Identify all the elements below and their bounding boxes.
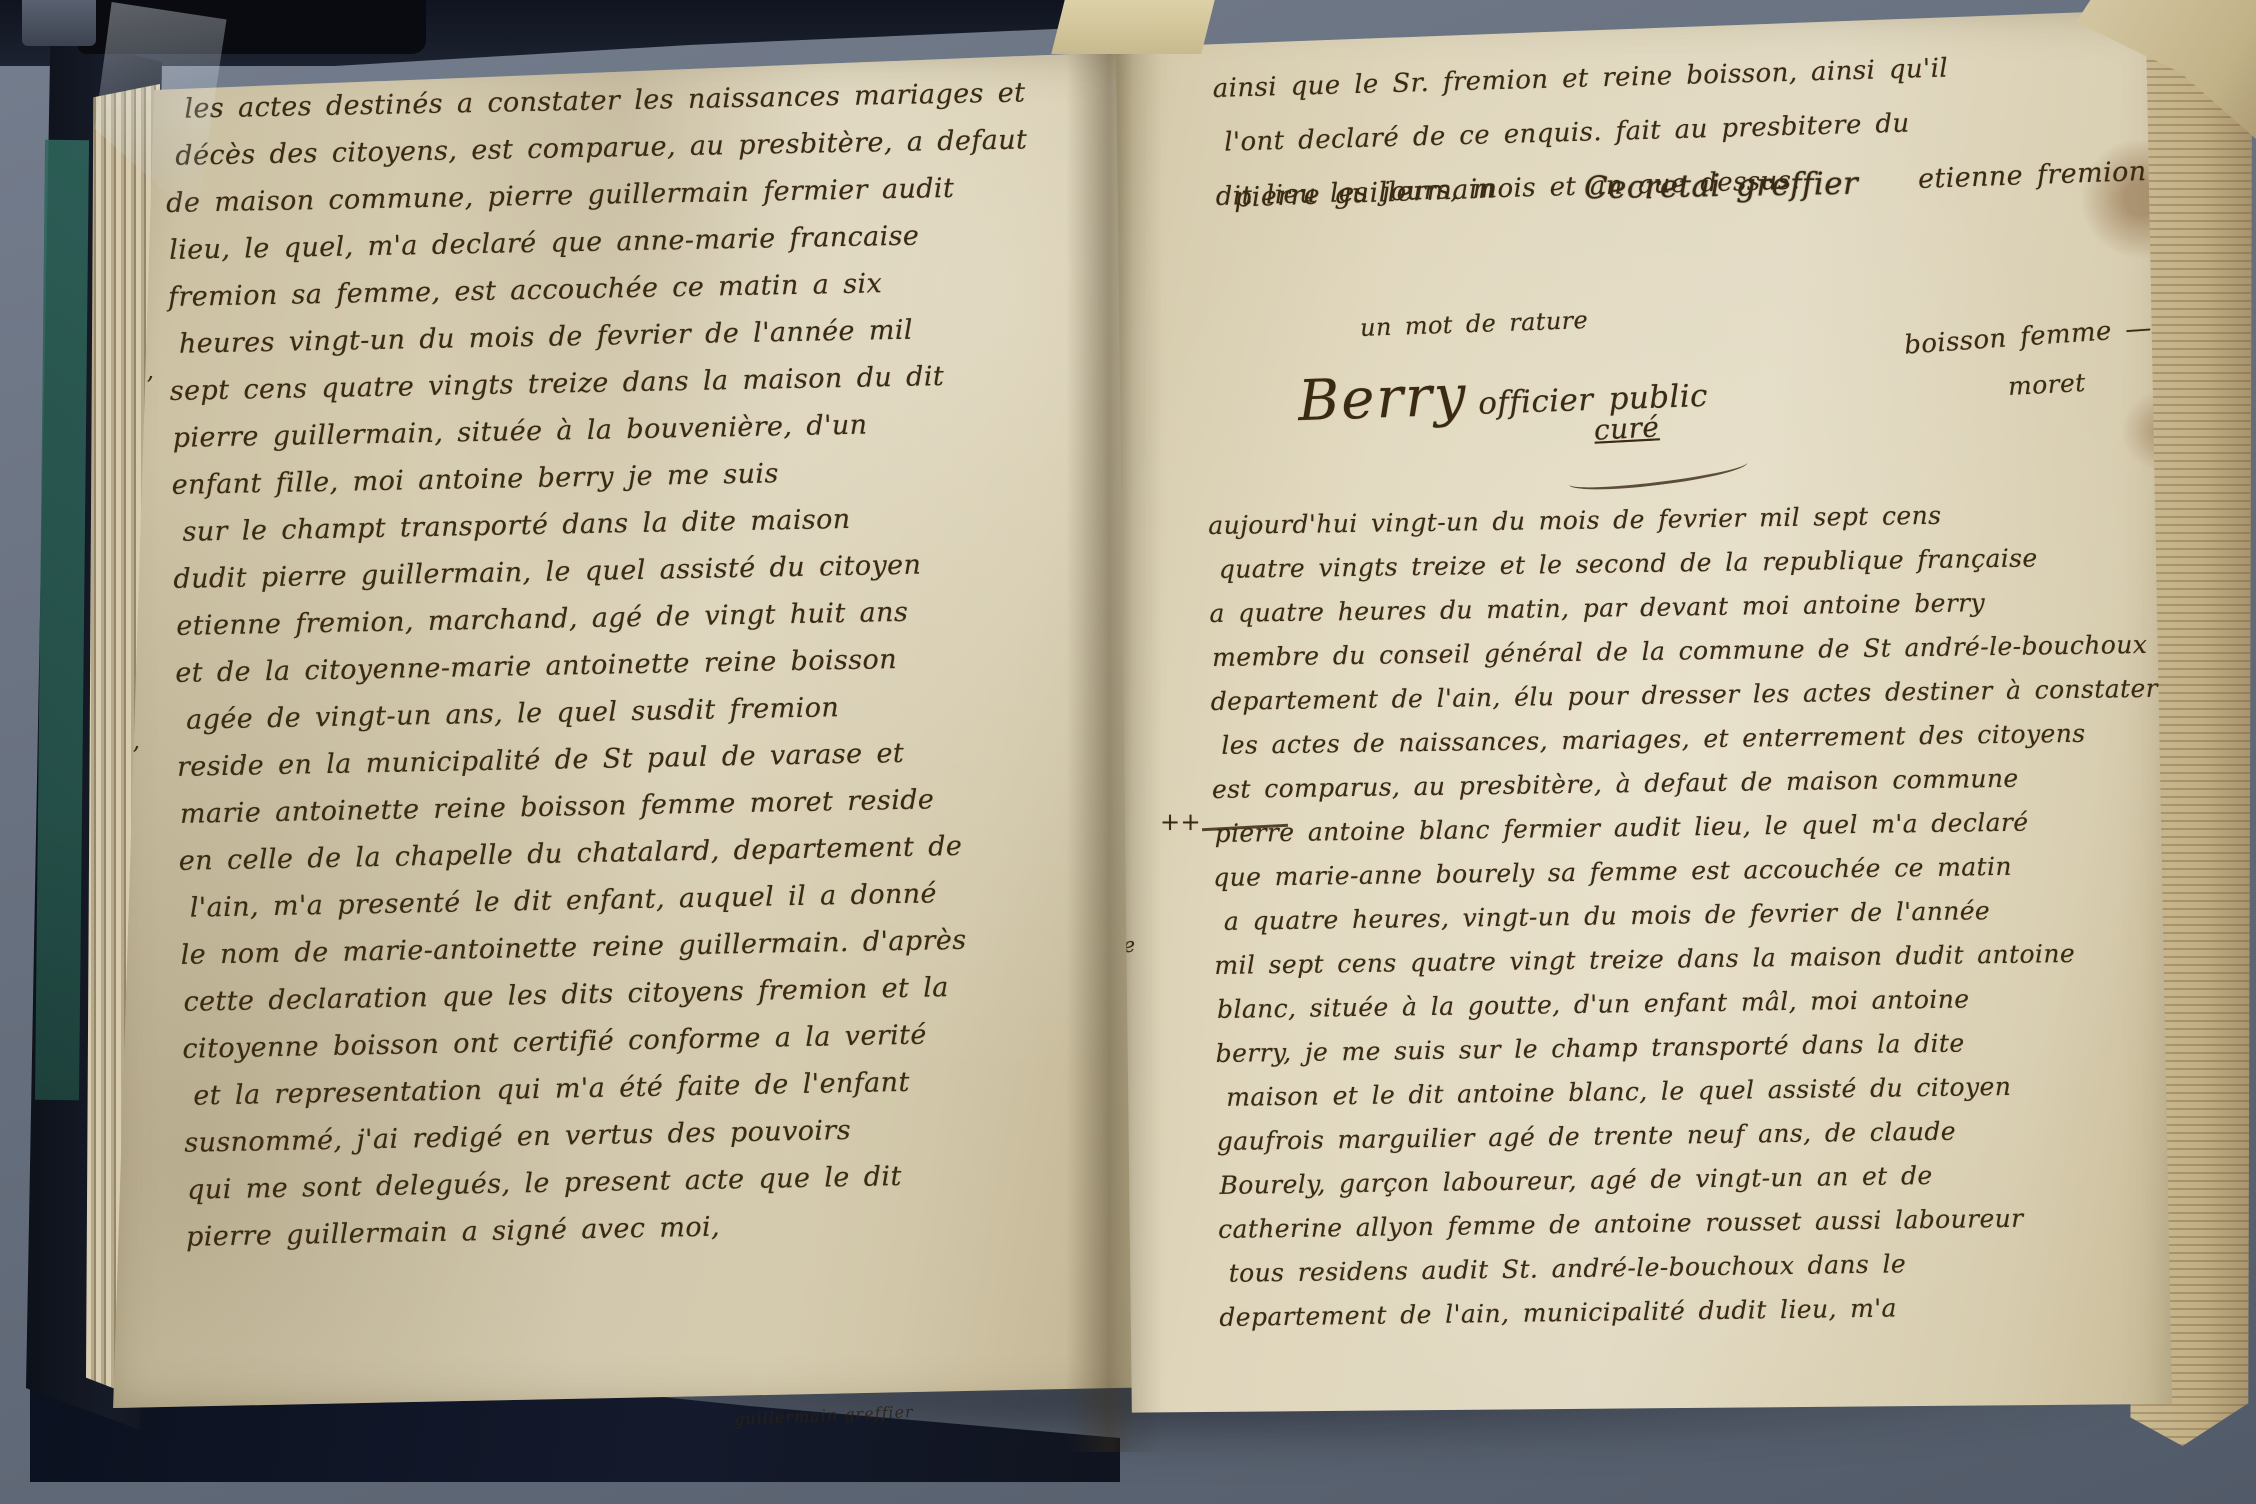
clamp-metal-fitting [22, 0, 96, 46]
signature-secretary-greffier: Cecretai greffier [1584, 166, 1859, 207]
signature-boisson-femme: boisson femme — [1903, 313, 2152, 360]
signature-flourish [1567, 451, 1748, 496]
ink-mark: ’ [146, 372, 154, 400]
officer-name: Berry [1297, 363, 1469, 434]
birth-act-text-block: aujourd'hui vingt-un du mois de fevrier … [1208, 491, 2167, 1340]
book-gutter-shadow [1066, 24, 1162, 1452]
rature-note: un mot de rature [1360, 306, 1589, 342]
signature-etienne-fremion: etienne fremion [1918, 156, 2147, 195]
signature-moret: moret [2007, 368, 2086, 401]
ink-mark: ’ [132, 742, 140, 770]
right-page: ainsi que le Sr. fremion et reine boisso… [1116, 10, 2172, 1462]
left-page-text-block: les actes destinés a constater les naiss… [164, 69, 1048, 1260]
page-strap-ribbon [1051, 0, 1214, 54]
photo-of-open-manuscript-book: les actes destinés a constater les naiss… [0, 0, 2256, 1504]
insertion-plus-marks: ++ [1160, 808, 1201, 836]
cure-annotation: curé [1593, 410, 1660, 446]
left-page: les actes destinés a constater les naiss… [108, 52, 1134, 1408]
